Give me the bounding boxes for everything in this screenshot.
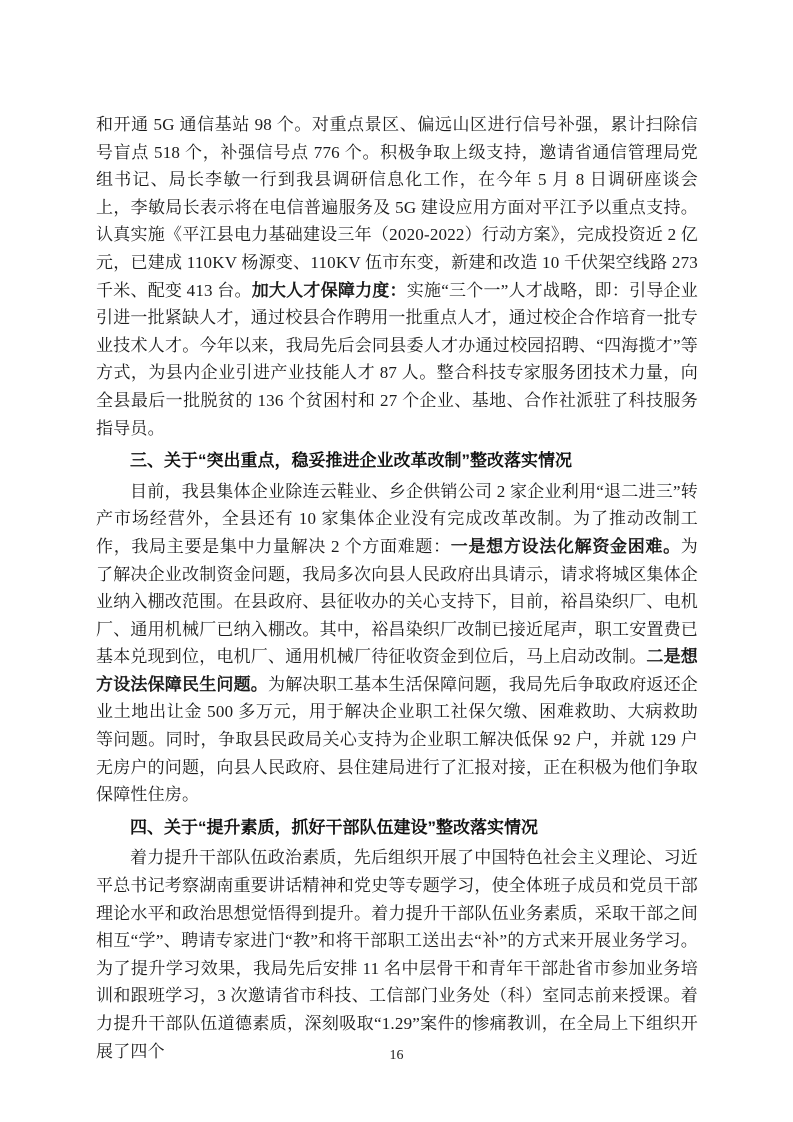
section-heading-three: 三、关于“突出重点，稳妥推进企业改革改制”整改落实情况: [96, 447, 698, 475]
page-number: 16: [390, 1048, 404, 1063]
text-run: 为解决职工基本生活保障问题，我局先后争取政府返还企业土地出让金 500 多万元，…: [96, 675, 698, 804]
text-run: 为了解决企业改制资金问题，我局多次向县人民政府出具请示，请求将城区集体企业纳入棚…: [96, 537, 698, 666]
document-page: 和开通 5G 通信基站 98 个。对重点景区、偏远山区进行信号补强，累计扫除信号…: [0, 0, 793, 1122]
bold-text-run: 一是想方设法化解资金困难。: [451, 537, 681, 556]
paragraph-continuation: 和开通 5G 通信基站 98 个。对重点景区、偏远山区进行信号补强，累计扫除信号…: [96, 111, 698, 442]
paragraph-section-three: 目前，我县集体企业除连云鞋业、乡企供销公司 2 家企业利用“退二进三”转产市场经…: [96, 478, 698, 809]
section-heading-four: 四、关于“提升素质，抓好干部队伍建设”整改落实情况: [96, 814, 698, 842]
page-footer: 16: [0, 1046, 793, 1064]
text-run: 着力提升干部队伍政治素质，先后组织开展了中国特色社会主义理论、习近平总书记考察湖…: [96, 848, 698, 1060]
text-run: 实施“三个一”人才战略，即：引导企业引进一批紧缺人才，通过校县合作聘用一批重点人…: [96, 281, 698, 438]
text-run: 和开通 5G 通信基站 98 个。对重点景区、偏远山区进行信号补强，累计扫除信号…: [96, 115, 698, 300]
bold-text-run: 加大人才保障力度：: [252, 281, 407, 300]
document-body: 和开通 5G 通信基站 98 个。对重点景区、偏远山区进行信号补强，累计扫除信号…: [96, 111, 698, 1065]
paragraph-section-four: 着力提升干部队伍政治素质，先后组织开展了中国特色社会主义理论、习近平总书记考察湖…: [96, 844, 698, 1065]
